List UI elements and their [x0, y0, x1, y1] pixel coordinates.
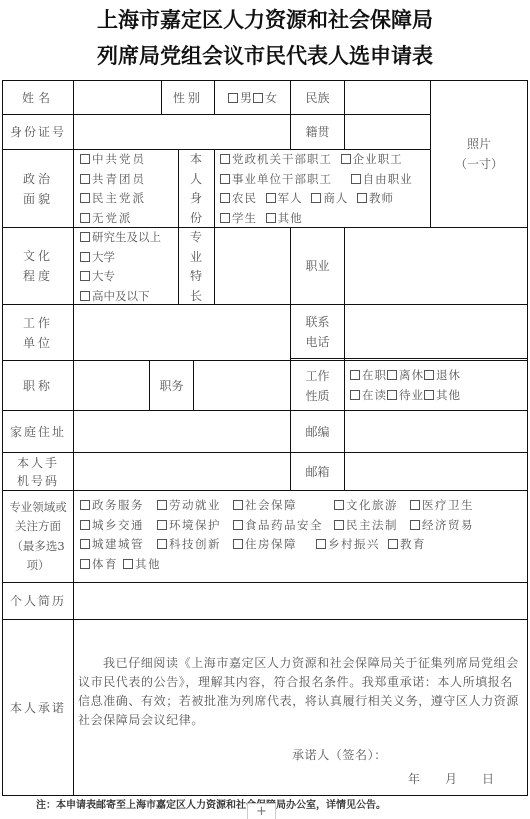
form-title-line1: 上海市嘉定区人力资源和社会保障局: [0, 4, 530, 34]
checkbox[interactable]: [80, 252, 90, 262]
ethnicity-label: 民族: [291, 81, 344, 114]
checkbox[interactable]: [350, 390, 360, 400]
position-label: 职务: [150, 361, 193, 410]
email-label: 邮箱: [291, 453, 344, 490]
gender-options: 男 女: [215, 81, 290, 114]
option-row: 在职离休退休: [350, 366, 461, 386]
option-row: 在读待业其他: [350, 386, 461, 406]
checkbox[interactable]: [410, 500, 420, 510]
row-divider: [2, 410, 528, 411]
email-input[interactable]: [346, 454, 526, 489]
checkbox[interactable]: [123, 559, 133, 569]
checkbox[interactable]: [80, 213, 90, 223]
focus-area-label: 专业领域或 关注方面 （最多选3 项）: [3, 491, 73, 582]
checkbox[interactable]: [357, 193, 367, 203]
education-label: 文化 程度: [3, 228, 73, 304]
checkbox[interactable]: [311, 193, 321, 203]
work-status-options: 在职离休退休 在读待业其他: [350, 366, 461, 405]
checkbox[interactable]: [266, 213, 276, 223]
option-row: 共青团员: [80, 170, 146, 190]
id-number-label: 身份证号: [3, 115, 73, 149]
gender-label: 性别: [162, 81, 214, 114]
identity-label: 本 人 身 份: [186, 150, 206, 228]
option-row: 学生 其他: [220, 209, 413, 229]
date-day-label: 日: [482, 770, 495, 789]
option-row: 无党派: [80, 209, 146, 229]
col-divider: [214, 149, 215, 305]
name-input[interactable]: [75, 82, 160, 113]
checkbox[interactable]: [80, 154, 90, 164]
workplace-input[interactable]: [75, 306, 289, 359]
native-place-label: 籍贯: [291, 115, 344, 149]
checkbox[interactable]: [80, 559, 90, 569]
row-divider: [2, 360, 528, 361]
occupation-input[interactable]: [346, 229, 526, 303]
checkbox[interactable]: [351, 174, 361, 184]
native-place-input[interactable]: [346, 116, 429, 148]
workplace-label: 工作 单位: [3, 305, 73, 360]
checkbox[interactable]: [157, 539, 167, 549]
col-divider: [344, 410, 345, 490]
focus-area-options: 政务服务劳动就业社会保障文化旅游医疗卫生 城乡交通环境保护食品药品安全民主法制经…: [80, 496, 474, 574]
photo-size-label: （一寸）: [455, 154, 503, 174]
mobile-input[interactable]: [75, 454, 289, 489]
option-male: 男: [240, 88, 252, 108]
table-border-right: [527, 80, 528, 796]
checkbox[interactable]: [80, 539, 90, 549]
checkbox[interactable]: [157, 500, 167, 510]
option-row: 农民 军人 商人 教师: [220, 189, 413, 209]
option-row: 事业单位干部职工 自由职业: [220, 170, 413, 190]
col-divider: [344, 227, 345, 305]
col-divider: [344, 80, 345, 150]
checkbox[interactable]: [334, 500, 344, 510]
checkbox[interactable]: [157, 520, 167, 530]
checkbox[interactable]: [220, 154, 230, 164]
checkbox-female[interactable]: [253, 93, 263, 103]
checkbox[interactable]: [220, 174, 230, 184]
row-divider: [2, 582, 528, 583]
specialty-input[interactable]: [216, 229, 289, 303]
checkbox[interactable]: [266, 193, 276, 203]
col-divider-label: [73, 80, 74, 796]
col-divider: [178, 149, 179, 305]
checkbox[interactable]: [387, 370, 397, 380]
option-row: 体育其他: [80, 555, 474, 575]
zoom-in-button[interactable]: +: [247, 803, 276, 819]
signature-input[interactable]: [400, 744, 520, 764]
address-label: 家庭住址: [3, 411, 73, 452]
pledge-text: 我已仔细阅读《上海市嘉定区人力资源和社会保障局关于征集列席局党组会议市民代表的公…: [78, 654, 524, 730]
option-row: 大学: [80, 248, 161, 268]
checkbox[interactable]: [316, 539, 326, 549]
option-row: 城乡交通环境保护食品药品安全民主法制经济贸易: [80, 516, 474, 536]
checkbox[interactable]: [410, 520, 420, 530]
postcode-label: 邮编: [291, 411, 344, 452]
checkbox-male[interactable]: [228, 93, 238, 103]
political-status-label: 政治 面貌: [3, 150, 73, 227]
checkbox[interactable]: [233, 539, 243, 549]
checkbox[interactable]: [80, 174, 90, 184]
option-female: 女: [265, 88, 277, 108]
id-number-input[interactable]: [75, 116, 289, 148]
signature-label: 承诺人（签名）：: [292, 746, 387, 765]
footnote: 注：本申请表邮寄至上海市嘉定区人力资源和社会保障局办公室，详情见公告。: [36, 796, 386, 811]
photo-label: 照片: [467, 134, 491, 154]
row-divider: [2, 452, 528, 453]
checkbox[interactable]: [220, 213, 230, 223]
checkbox[interactable]: [80, 193, 90, 203]
checkbox[interactable]: [80, 291, 90, 301]
address-input[interactable]: [75, 412, 289, 451]
specialty-label: 专 业 特 长: [186, 228, 206, 306]
mobile-label: 本人手 机号码: [3, 453, 73, 490]
resume-input[interactable]: [75, 584, 526, 618]
checkbox[interactable]: [424, 390, 434, 400]
checkbox[interactable]: [350, 370, 360, 380]
phone-input[interactable]: [346, 306, 526, 357]
postcode-input[interactable]: [346, 412, 526, 451]
option-row: 城建城管科技创新住房保障乡村振兴教育: [80, 535, 474, 555]
date-month-label: 月: [445, 770, 458, 789]
occupation-label: 职业: [291, 228, 344, 304]
professional-title-input[interactable]: [75, 362, 148, 409]
professional-title-label: 职称: [3, 361, 73, 410]
option-row: 高中及以下: [80, 287, 161, 307]
work-status-label: 工作 性质: [291, 361, 344, 410]
option-row: 民主党派: [80, 189, 146, 209]
checkbox[interactable]: [220, 193, 230, 203]
row-divider: [290, 358, 528, 359]
col-divider: [193, 360, 194, 410]
option-row: 大专: [80, 267, 161, 287]
checkbox[interactable]: [341, 154, 351, 164]
resume-label: 个人简历: [3, 583, 73, 619]
row-divider: [2, 490, 528, 491]
checkbox[interactable]: [388, 539, 398, 549]
option-row: 政务服务劳动就业社会保障文化旅游医疗卫生: [80, 496, 474, 516]
ethnicity-input[interactable]: [346, 82, 429, 113]
checkbox[interactable]: [80, 271, 90, 281]
checkbox[interactable]: [80, 232, 90, 242]
checkbox[interactable]: [424, 370, 434, 380]
checkbox[interactable]: [80, 500, 90, 510]
form-title-line2: 列席局党组会议市民代表人选申请表: [0, 40, 530, 70]
political-options: 中共党员 共青团员 民主党派 无党派: [80, 150, 146, 228]
option-row: 中共党员: [80, 150, 146, 170]
checkbox[interactable]: [233, 500, 243, 510]
checkbox[interactable]: [387, 390, 397, 400]
education-options: 研究生及以上 大学 大专 高中及以下: [80, 228, 161, 306]
pledge-label: 本人承诺: [3, 620, 73, 795]
position-input[interactable]: [195, 362, 289, 409]
checkbox[interactable]: [80, 520, 90, 530]
option-row: 研究生及以上: [80, 228, 161, 248]
checkbox[interactable]: [334, 520, 344, 530]
date-year-label: 年: [408, 770, 421, 789]
option-row: 党政机关干部职工 企业职工: [220, 150, 413, 170]
identity-options: 党政机关干部职工 企业职工 事业单位干部职工 自由职业 农民 军人 商人 教师 …: [220, 150, 413, 228]
checkbox[interactable]: [233, 520, 243, 530]
photo-area[interactable]: 照片 （一寸）: [431, 81, 527, 227]
phone-label: 联系 电话: [291, 305, 344, 358]
name-label: 姓名: [3, 81, 73, 114]
row-divider: [2, 619, 528, 620]
